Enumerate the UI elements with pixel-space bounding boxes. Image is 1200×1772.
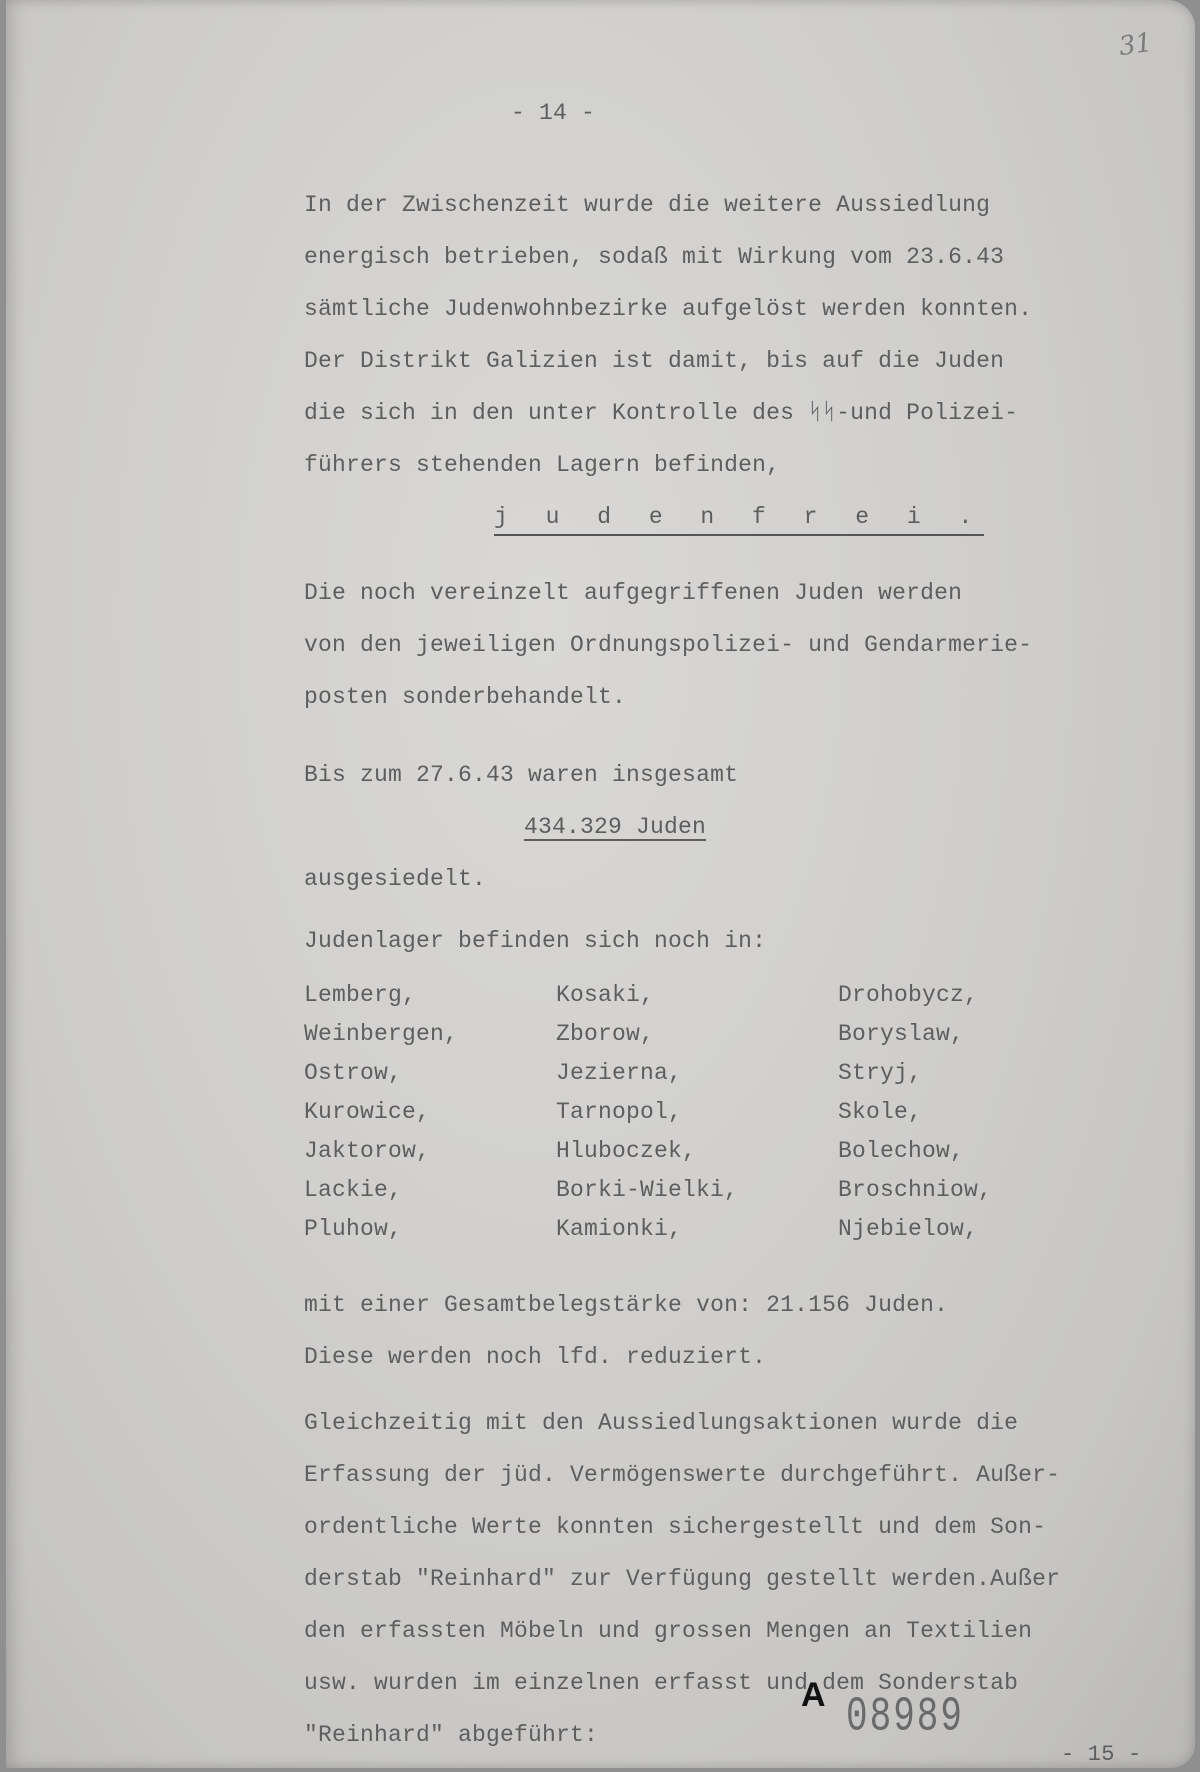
camp-cell: Jaktorow, xyxy=(304,1138,430,1164)
camp-cell: Weinbergen, xyxy=(304,1021,458,1047)
archive-stamp-letter: A xyxy=(801,1676,826,1715)
body-line: posten sonderbehandelt. xyxy=(304,684,626,710)
camps-intro: Judenlager befinden sich noch in: xyxy=(304,928,766,954)
camp-cell: Kosaki, xyxy=(556,982,654,1008)
camp-cell: Drohobycz, xyxy=(838,982,978,1008)
camp-cell: Lemberg, xyxy=(304,982,416,1008)
camp-cell: Skole, xyxy=(838,1099,922,1125)
body-line: von den jeweiligen Ordnungspolizei- und … xyxy=(304,632,1032,658)
camp-cell: Lackie, xyxy=(304,1177,402,1203)
body-line: Erfassung der jüd. Vermögenswerte durchg… xyxy=(304,1462,1060,1488)
camp-cell: Ostrow, xyxy=(304,1060,402,1086)
body-line: derstab "Reinhard" zur Verfügung gestell… xyxy=(304,1566,1060,1592)
body-line: sämtliche Judenwohnbezirke aufgelöst wer… xyxy=(304,296,1032,322)
page-number-top: - 14 - xyxy=(511,100,595,126)
camp-cell: Kamionki, xyxy=(556,1216,682,1242)
camp-cell: Broschniow, xyxy=(838,1177,992,1203)
body-line: Gleichzeitig mit den Aussiedlungsaktione… xyxy=(304,1410,1018,1436)
camp-cell: Pluhow, xyxy=(304,1216,402,1242)
body-line: "Reinhard" abgeführt: xyxy=(304,1722,598,1748)
camp-cell: Tarnopol, xyxy=(556,1099,682,1125)
camps-total: mit einer Gesamtbelegstärke von: 21.156 … xyxy=(304,1292,948,1318)
camp-cell: Borki-Wielki, xyxy=(556,1177,738,1203)
total-value: 434.329 Juden xyxy=(524,814,706,840)
body-line: In der Zwischenzeit wurde die weitere Au… xyxy=(304,192,990,218)
camp-cell: Jezierna, xyxy=(556,1060,682,1086)
camp-cell: Boryslaw, xyxy=(838,1021,964,1047)
body-line: energisch betrieben, sodaß mit Wirkung v… xyxy=(304,244,1004,270)
camp-cell: Stryj, xyxy=(838,1060,922,1086)
body-line: Die noch vereinzelt aufgegriffenen Juden… xyxy=(304,580,962,606)
camp-cell: Bolechow, xyxy=(838,1138,964,1164)
camps-note: Diese werden noch lfd. reduziert. xyxy=(304,1344,766,1370)
body-line: führers stehenden Lagern befinden, xyxy=(304,452,780,478)
body-line: die sich in den unter Kontrolle des ᛋᛋ-u… xyxy=(304,400,1018,426)
camp-cell: Kurowice, xyxy=(304,1099,430,1125)
body-line: Der Distrikt Galizien ist damit, bis auf… xyxy=(304,348,1004,374)
body-line: den erfassten Möbeln und grossen Mengen … xyxy=(304,1618,1032,1644)
document-page: - 14 - 31 In der Zwischenzeit wurde die … xyxy=(6,0,1195,1768)
page-number-bottom: - 15 - xyxy=(1061,1742,1141,1767)
total-line: Bis zum 27.6.43 waren insgesamt xyxy=(304,762,738,788)
handwritten-folio-number: 31 xyxy=(1117,28,1154,62)
camp-cell: Zborow, xyxy=(556,1021,654,1047)
archive-stamp-number: 08989 xyxy=(846,1689,964,1744)
camp-cell: Njebielow, xyxy=(838,1216,978,1242)
total-suffix: ausgesiedelt. xyxy=(304,866,486,892)
emphasized-word: j u d e n f r e i . xyxy=(494,504,984,536)
body-line: ordentliche Werte konnten sichergestellt… xyxy=(304,1514,1046,1540)
camp-cell: Hluboczek, xyxy=(556,1138,696,1164)
